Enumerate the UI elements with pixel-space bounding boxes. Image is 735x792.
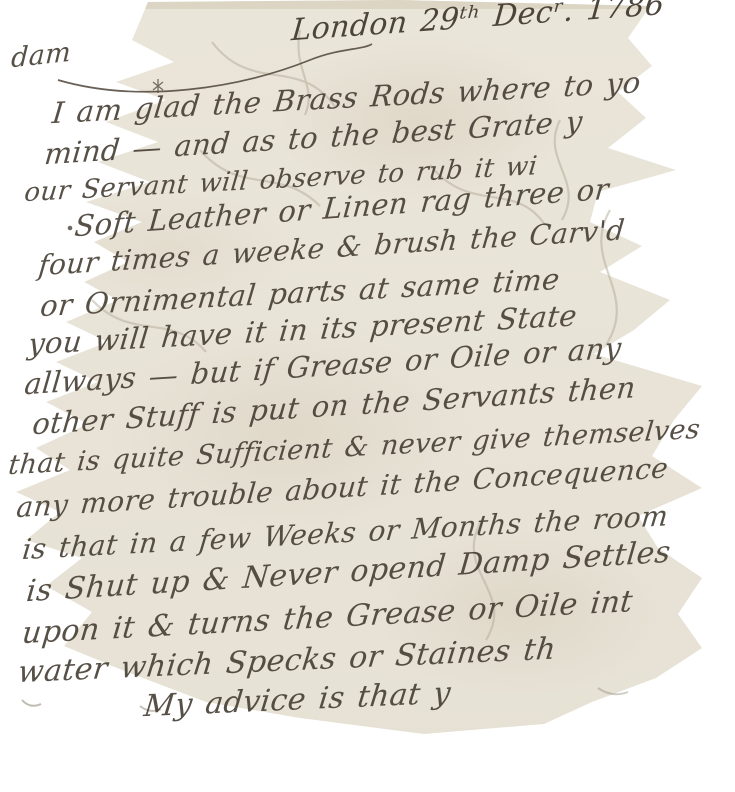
salutation: dam xyxy=(10,38,71,74)
bottom-ghost-mark xyxy=(22,700,41,706)
ink-speck xyxy=(68,226,73,231)
letter-scan: London 29ᵗʰ Decʳ. 1786 dam I am glad the… xyxy=(0,0,735,792)
